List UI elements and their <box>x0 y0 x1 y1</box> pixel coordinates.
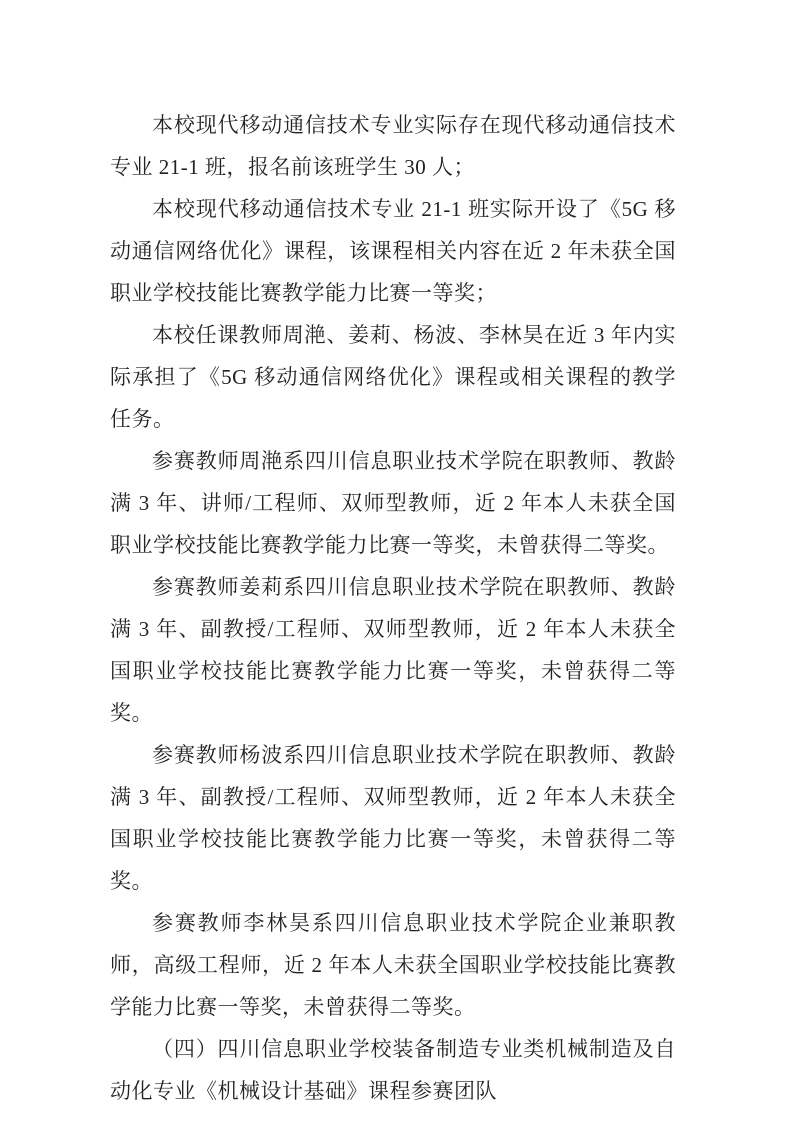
document-page: 本校现代移动通信技术专业实际存在现代移动通信技术专业 21-1 班，报名前该班学… <box>0 0 793 1122</box>
paragraph-class-existence: 本校现代移动通信技术专业实际存在现代移动通信技术专业 21-1 班，报名前该班学… <box>110 104 676 188</box>
document-body: 本校现代移动通信技术专业实际存在现代移动通信技术专业 21-1 班，报名前该班学… <box>110 104 676 1112</box>
paragraph-teacher-lilinhao: 参赛教师李林昊系四川信息职业技术学院企业兼职教师，高级工程师，近 2 年本人未获… <box>110 902 676 1028</box>
paragraph-teacher-jiangli: 参赛教师姜莉系四川信息职业技术学院在职教师、教龄满 3 年、副教授/工程师、双师… <box>110 566 676 734</box>
paragraph-teacher-zhouyan: 参赛教师周滟系四川信息职业技术学院在职教师、教龄满 3 年、讲师/工程师、双师型… <box>110 440 676 566</box>
paragraph-section-four-heading: （四）四川信息职业学校装备制造专业类机械制造及自动化专业《机械设计基础》课程参赛… <box>110 1028 676 1112</box>
paragraph-teaching-duties: 本校任课教师周滟、姜莉、杨波、李林昊在近 3 年内实际承担了《5G 移动通信网络… <box>110 314 676 440</box>
paragraph-teacher-yangbo: 参赛教师杨波系四川信息职业技术学院在职教师、教龄满 3 年、副教授/工程师、双师… <box>110 734 676 902</box>
paragraph-course-offering: 本校现代移动通信技术专业 21-1 班实际开设了《5G 移动通信网络优化》课程，… <box>110 188 676 314</box>
